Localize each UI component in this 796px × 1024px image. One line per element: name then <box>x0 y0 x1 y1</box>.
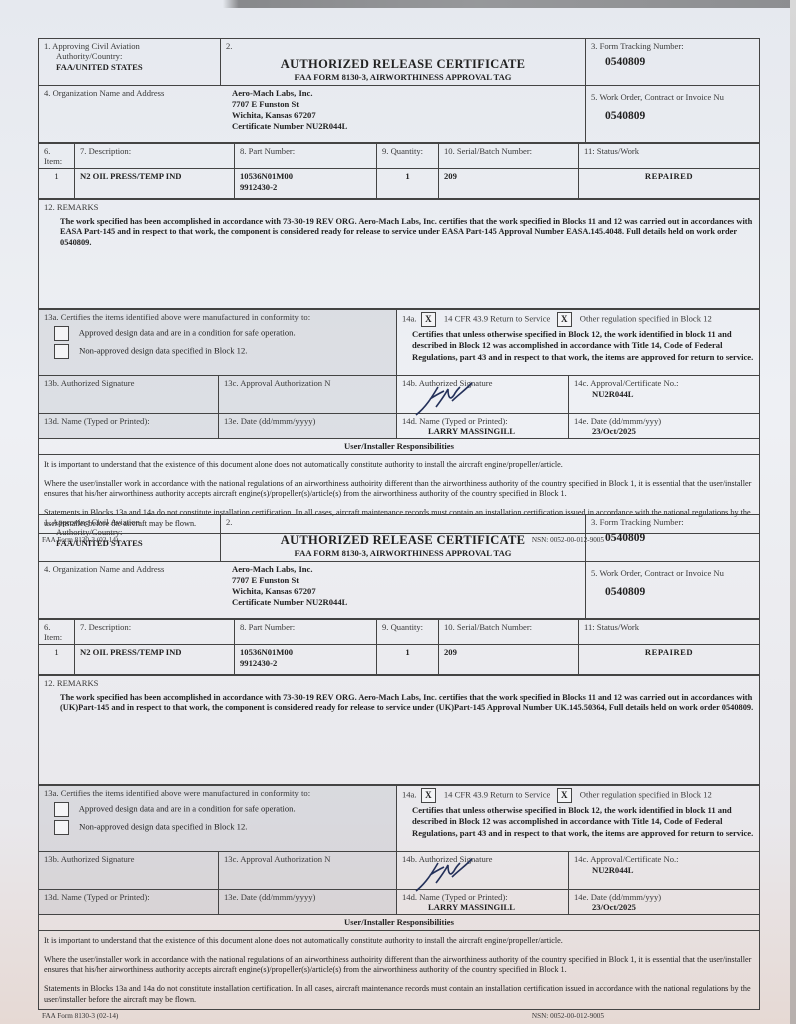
block1-authority: 1. Approving Civil Aviation Authority/Co… <box>39 39 221 86</box>
non-approved-design-label: Non-approved design data specified in Bl… <box>79 345 247 355</box>
block2-label: 2. <box>226 517 580 527</box>
certification-table: 13a. Certifies the items identified abov… <box>38 785 760 1010</box>
block13a-label: 13a. Certifies the items identified abov… <box>44 788 391 798</box>
block14b-signature: 14b. Authorized Signature <box>397 852 569 889</box>
header-item: 6. Item: <box>39 619 75 645</box>
block3-tracking: 3. Form Tracking Number: 0540809 <box>586 515 760 562</box>
block4-label: 4. Organization Name and Address <box>44 564 232 609</box>
block14a-statement: Certifies that unless otherwise specifie… <box>412 805 754 839</box>
certificate-number: NU2R044L <box>574 389 754 399</box>
block14a-label: 14a. <box>402 790 417 800</box>
signature-icon <box>412 865 472 887</box>
approved-design-option[interactable]: Approved design data and are in a condit… <box>54 802 391 817</box>
responsibilities-title: User/Installer Responsibilities <box>39 439 760 454</box>
item-serial: 209 <box>439 169 579 199</box>
block13c-authorization: 13c. Approval Authorization N <box>219 852 397 889</box>
item-number: 1 <box>39 645 75 675</box>
signatory-name: LARRY MASSINGILL <box>402 902 563 912</box>
block14d-label: 14d. Name (Typed or Printed): <box>402 416 563 426</box>
certification-table: 13a. Certifies the items identified abov… <box>38 309 760 534</box>
approved-design-option[interactable]: Approved design data and are in a condit… <box>54 326 391 341</box>
block14a: 14a. X14 CFR 43.9 Return to Service XOth… <box>397 786 760 852</box>
block1-authority: 1. Approving Civil Aviation Authority/Co… <box>39 515 221 562</box>
item-status: REPAIRED <box>579 169 760 199</box>
item-number: 1 <box>39 169 75 199</box>
certificate-easa: 1. Approving Civil Aviation Authority/Co… <box>38 38 760 544</box>
block5-label: 5. Work Order, Contract or Invoice Nu <box>591 92 754 102</box>
block1-label: 1. Approving Civil Aviation <box>44 517 215 527</box>
item-part-number: 10536N01M00 9912430-2 <box>235 645 377 675</box>
address-line: Wichita, Kansas 67207 <box>232 586 347 597</box>
approved-design-checkbox[interactable] <box>54 326 69 341</box>
block14e-date: 14e. Date (dd/mmm/yyy) 23/Oct/2025 <box>569 413 760 439</box>
remarks-label: 12. REMARKS <box>44 678 754 688</box>
form-number: FAA Form 8130-3 (02-14) <box>42 1012 118 1021</box>
header-serial: 10. Serial/Batch Number: <box>439 619 579 645</box>
items-table: 6. Item: 7. Description: 8. Part Number:… <box>38 143 760 200</box>
block13a-label: 13a. Certifies the items identified abov… <box>44 312 391 322</box>
header-quantity: 9. Quantity: <box>377 143 439 169</box>
remarks-label: 12. REMARKS <box>44 202 754 212</box>
header-part-number: 8. Part Number: <box>235 619 377 645</box>
block13b-signature: 13b. Authorized Signature <box>39 376 219 413</box>
block2-title: 2. AUTHORIZED RELEASE CERTIFICATE FAA FO… <box>221 39 586 86</box>
header-status: 11: Status/Work <box>579 143 760 169</box>
form-footer: FAA Form 8130-3 (02-14) NSN: 0052-00-012… <box>42 1012 754 1021</box>
certificate-number: NU2R044L <box>574 865 754 875</box>
remarks-table: 12. REMARKS The work specified has been … <box>38 199 760 309</box>
cfr-43-9-label: 14 CFR 43.9 Return to Service <box>444 314 550 324</box>
address-line: Wichita, Kansas 67207 <box>232 110 347 121</box>
block14c-label: 14c. Approval/Certificate No.: <box>574 378 754 388</box>
address-line: Aero-Mach Labs, Inc. <box>232 564 347 575</box>
remarks-table: 12. REMARKS The work specified has been … <box>38 675 760 785</box>
remarks-text: The work specified has been accomplished… <box>60 217 754 250</box>
cfr-43-9-checkbox[interactable]: X <box>421 788 436 803</box>
item-status: REPAIRED <box>579 645 760 675</box>
block1-value: FAA/UNITED STATES <box>44 538 215 548</box>
items-header-row: 6. Item: 7. Description: 8. Part Number:… <box>39 143 760 169</box>
part-number: 10536N01M00 <box>240 171 371 181</box>
block14c-certificate: 14c. Approval/Certificate No.: NU2R044L <box>569 852 760 889</box>
other-regulation-label: Other regulation specified in Block 12 <box>580 314 712 324</box>
block14e-date: 14e. Date (dd/mmm/yyy) 23/Oct/2025 <box>569 889 760 915</box>
other-regulation-checkbox[interactable]: X <box>557 312 572 327</box>
tracking-number: 0540809 <box>591 56 754 70</box>
cfr-43-9-label: 14 CFR 43.9 Return to Service <box>444 790 550 800</box>
header-description: 7. Description: <box>75 143 235 169</box>
block4-label: 4. Organization Name and Address <box>44 88 232 133</box>
block14d-label: 14d. Name (Typed or Printed): <box>402 892 563 902</box>
block1-value: FAA/UNITED STATES <box>44 62 215 72</box>
block13a: 13a. Certifies the items identified abov… <box>39 310 397 376</box>
block12-remarks: 12. REMARKS The work specified has been … <box>39 200 760 309</box>
block4-organization: 4. Organization Name and Address Aero-Ma… <box>39 85 586 142</box>
other-regulation-checkbox[interactable]: X <box>557 788 572 803</box>
certificate-subtitle: FAA FORM 8130-3, AIRWORTHINESS APPROVAL … <box>226 548 580 558</box>
certificate-title: AUTHORIZED RELEASE CERTIFICATE <box>226 57 580 72</box>
item-quantity: 1 <box>377 645 439 675</box>
address-line: 7707 E Funston St <box>232 99 347 110</box>
block5-label: 5. Work Order, Contract or Invoice Nu <box>591 568 754 578</box>
approved-design-label: Approved design data and are in a condit… <box>79 803 296 813</box>
nsn-number: NSN: 0052-00-012-9005 <box>532 1012 604 1021</box>
certificate-uk: 1. Approving Civil Aviation Authority/Co… <box>38 514 760 1020</box>
items-header-row: 6. Item: 7. Description: 8. Part Number:… <box>39 619 760 645</box>
non-approved-design-checkbox[interactable] <box>54 344 69 359</box>
responsibility-paragraph: Where the user/installer work in accorda… <box>44 955 754 976</box>
part-number: 10536N01M00 <box>240 647 371 657</box>
table-row: 1 N2 OIL PRESS/TEMP IND 10536N01M00 9912… <box>39 169 760 199</box>
photo-background-edge <box>0 0 796 8</box>
tracking-number: 0540809 <box>591 532 754 546</box>
block13a: 13a. Certifies the items identified abov… <box>39 786 397 852</box>
approved-design-checkbox[interactable] <box>54 802 69 817</box>
cfr-43-9-checkbox[interactable]: X <box>421 312 436 327</box>
item-description: N2 OIL PRESS/TEMP IND <box>75 169 235 199</box>
organization-address: Aero-Mach Labs, Inc. 7707 E Funston St W… <box>232 564 347 609</box>
main-block: 1. Approving Civil Aviation Authority/Co… <box>38 38 760 544</box>
item-serial: 209 <box>439 645 579 675</box>
block14c-label: 14c. Approval/Certificate No.: <box>574 854 754 864</box>
main-block: 1. Approving Civil Aviation Authority/Co… <box>38 514 760 1020</box>
certificate-subtitle: FAA FORM 8130-3, AIRWORTHINESS APPROVAL … <box>226 72 580 82</box>
block14d-name: 14d. Name (Typed or Printed): LARRY MASS… <box>397 413 569 439</box>
paper-edge <box>790 0 796 1024</box>
item-quantity: 1 <box>377 169 439 199</box>
block4-organization: 4. Organization Name and Address Aero-Ma… <box>39 561 586 618</box>
other-regulation-label: Other regulation specified in Block 12 <box>580 790 712 800</box>
signature-icon <box>412 389 472 411</box>
item-part-number: 10536N01M00 9912430-2 <box>235 169 377 199</box>
block1-label: 1. Approving Civil Aviation <box>44 41 215 51</box>
block14e-label: 14e. Date (dd/mmm/yyy) <box>574 892 754 902</box>
block14a-label: 14a. <box>402 314 417 324</box>
header-table: 1. Approving Civil Aviation Authority/Co… <box>38 514 760 619</box>
release-date: 23/Oct/2025 <box>574 426 754 436</box>
work-order-number: 0540809 <box>591 110 754 124</box>
header-serial: 10. Serial/Batch Number: <box>439 143 579 169</box>
table-row: 1 N2 OIL PRESS/TEMP IND 10536N01M00 9912… <box>39 645 760 675</box>
header-part-number: 8. Part Number: <box>235 143 377 169</box>
block5-work-order: 5. Work Order, Contract or Invoice Nu 05… <box>586 85 760 142</box>
organization-address: Aero-Mach Labs, Inc. 7707 E Funston St W… <box>232 88 347 133</box>
block2-title: 2. AUTHORIZED RELEASE CERTIFICATE FAA FO… <box>221 515 586 562</box>
block1-label-2: Authority/Country: <box>44 51 215 61</box>
work-order-number: 0540809 <box>591 586 754 600</box>
block12-remarks: 12. REMARKS The work specified has been … <box>39 676 760 785</box>
block3-label: 3. Form Tracking Number: <box>591 41 754 51</box>
header-item: 6. Item: <box>39 143 75 169</box>
block3-tracking: 3. Form Tracking Number: 0540809 <box>586 39 760 86</box>
block1-label-2: Authority/Country: <box>44 527 215 537</box>
header-description: 7. Description: <box>75 619 235 645</box>
block13e-date: 13e. Date (dd/mmm/yyyy) <box>219 889 397 915</box>
block14b-signature: 14b. Authorized Signature <box>397 376 569 413</box>
block14d-name: 14d. Name (Typed or Printed): LARRY MASS… <box>397 889 569 915</box>
header-table: 1. Approving Civil Aviation Authority/Co… <box>38 38 760 143</box>
block5-work-order: 5. Work Order, Contract or Invoice Nu 05… <box>586 561 760 618</box>
block14a: 14a. X14 CFR 43.9 Return to Service XOth… <box>397 310 760 376</box>
responsibility-paragraph: Statements in Blocks 13a and 14a do not … <box>44 984 754 1005</box>
block13c-authorization: 13c. Approval Authorization N <box>219 376 397 413</box>
block2-label: 2. <box>226 41 580 51</box>
item-description: N2 OIL PRESS/TEMP IND <box>75 645 235 675</box>
non-approved-design-option[interactable]: Non-approved design data specified in Bl… <box>54 820 391 835</box>
block13e-date: 13e. Date (dd/mmm/yyyy) <box>219 413 397 439</box>
block14a-statement: Certifies that unless otherwise specifie… <box>412 329 754 363</box>
part-number: 9912430-2 <box>240 658 371 668</box>
address-line: Certificate Number NU2R044L <box>232 121 347 132</box>
address-line: Aero-Mach Labs, Inc. <box>232 88 347 99</box>
signatory-name: LARRY MASSINGILL <box>402 426 563 436</box>
block13b-signature: 13b. Authorized Signature <box>39 852 219 889</box>
responsibilities-text: It is important to understand that the e… <box>39 930 760 1009</box>
non-approved-design-option[interactable]: Non-approved design data specified in Bl… <box>54 344 391 359</box>
header-status: 11: Status/Work <box>579 619 760 645</box>
release-date: 23/Oct/2025 <box>574 902 754 912</box>
block13d-name: 13d. Name (Typed or Printed): <box>39 889 219 915</box>
responsibility-paragraph: Where the user/installer work in accorda… <box>44 479 754 500</box>
approved-design-label: Approved design data and are in a condit… <box>79 327 296 337</box>
address-line: Certificate Number NU2R044L <box>232 597 347 608</box>
responsibility-paragraph: It is important to understand that the e… <box>44 936 754 946</box>
non-approved-design-checkbox[interactable] <box>54 820 69 835</box>
certificate-title: AUTHORIZED RELEASE CERTIFICATE <box>226 533 580 548</box>
remarks-text: The work specified has been accomplished… <box>60 693 754 715</box>
block14c-certificate: 14c. Approval/Certificate No.: NU2R044L <box>569 376 760 413</box>
address-line: 7707 E Funston St <box>232 575 347 586</box>
responsibility-paragraph: It is important to understand that the e… <box>44 460 754 470</box>
block13d-name: 13d. Name (Typed or Printed): <box>39 413 219 439</box>
block3-label: 3. Form Tracking Number: <box>591 517 754 527</box>
items-table: 6. Item: 7. Description: 8. Part Number:… <box>38 619 760 676</box>
part-number: 9912430-2 <box>240 182 371 192</box>
responsibilities-title: User/Installer Responsibilities <box>39 915 760 930</box>
non-approved-design-label: Non-approved design data specified in Bl… <box>79 821 247 831</box>
header-quantity: 9. Quantity: <box>377 619 439 645</box>
block14e-label: 14e. Date (dd/mmm/yyy) <box>574 416 754 426</box>
